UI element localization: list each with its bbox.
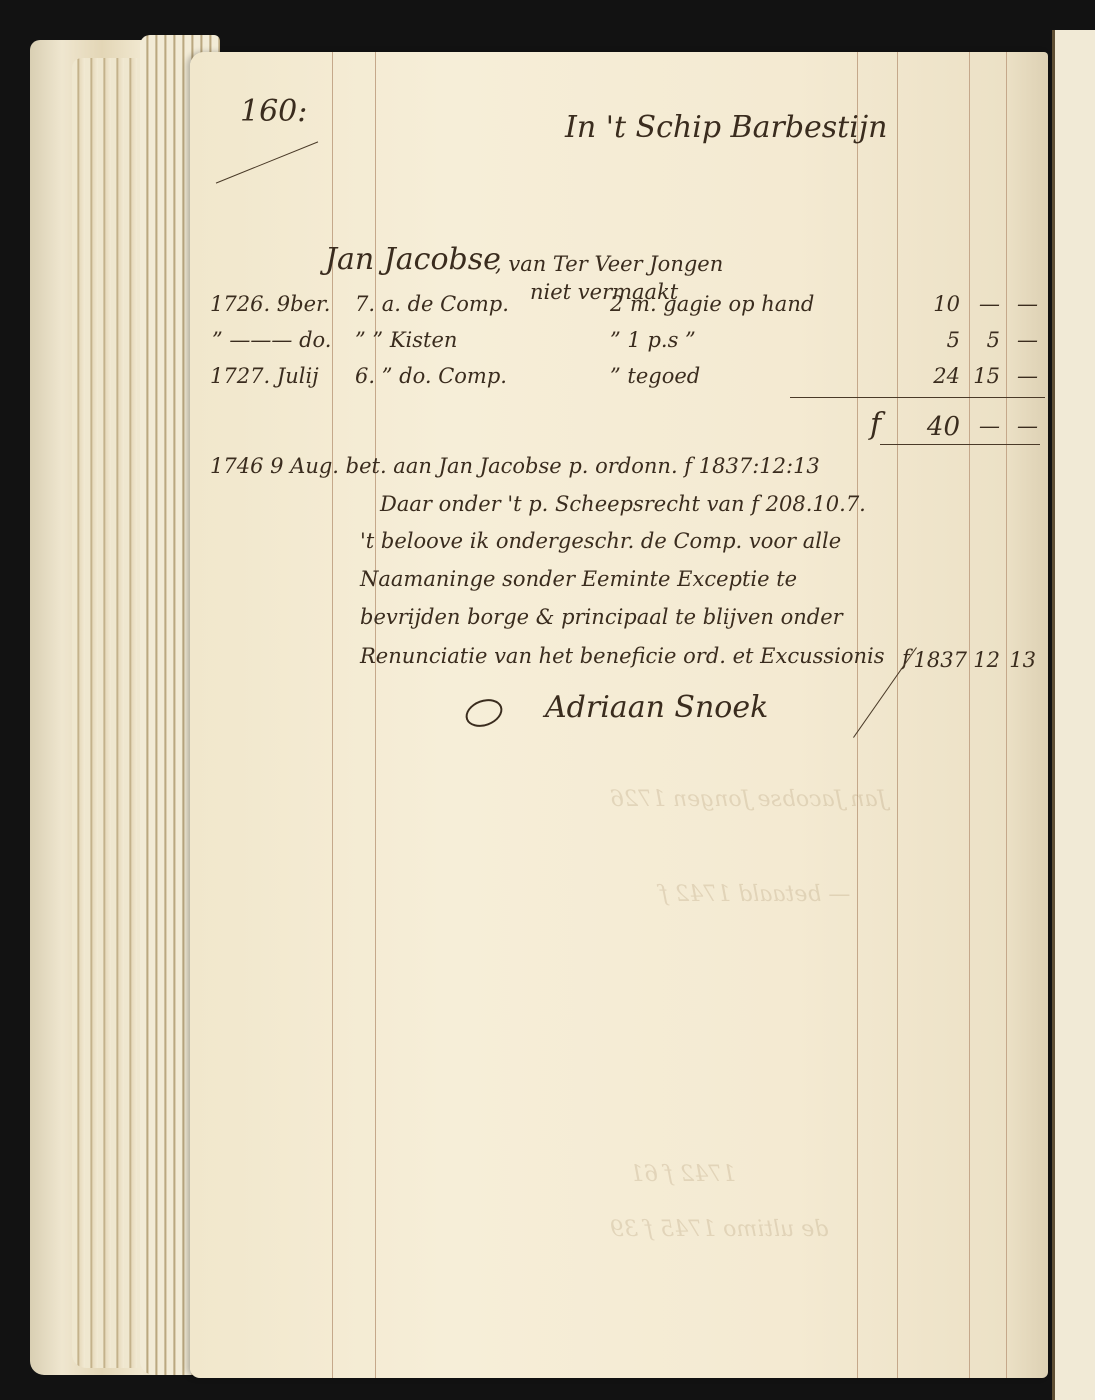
note-line: Daar onder 't p. Scheepsrecht van f 208.… bbox=[380, 492, 866, 516]
entry-day: ” ” Kisten bbox=[355, 328, 457, 352]
entry-penningen: — bbox=[1008, 328, 1038, 352]
column-rule-stuivers bbox=[969, 52, 970, 1378]
margin-stuivers: 12 bbox=[970, 648, 1000, 672]
ledger-page: Jan Jacobse Jongen 1726 — betaald 1742 f… bbox=[190, 52, 1048, 1378]
facing-page-edge bbox=[1052, 30, 1095, 1400]
entry-date: 1727. Julij bbox=[210, 364, 319, 388]
entry-description: 2 m. gagie op hand bbox=[610, 292, 814, 316]
entry-day: 7. a. de Comp. bbox=[355, 292, 509, 316]
folio-underline bbox=[216, 141, 318, 183]
entry-description: ” tegoed bbox=[610, 364, 700, 388]
bleed-through-text: Jan Jacobse Jongen 1726 bbox=[610, 787, 886, 812]
account-name: Jan Jacobse bbox=[325, 242, 501, 277]
column-rule-guilders bbox=[897, 52, 898, 1378]
total-stuivers: — bbox=[970, 414, 1000, 438]
entry-penningen: — bbox=[1008, 364, 1038, 388]
ship-header: In 't Schip Barbestijn bbox=[565, 110, 887, 145]
seal-mark bbox=[462, 694, 507, 731]
entry-guilders: 24 bbox=[900, 364, 960, 388]
entry-date: ” ——— do. bbox=[212, 328, 331, 352]
entry-penningen: — bbox=[1008, 292, 1038, 316]
total-penningen: — bbox=[1008, 414, 1038, 438]
total-underline bbox=[880, 444, 1040, 445]
note-line: bevrijden borge & principaal te blijven … bbox=[360, 605, 843, 629]
entry-day: 6. ” do. Comp. bbox=[355, 364, 507, 388]
entry-guilders: 5 bbox=[900, 328, 960, 352]
entry-date: 1726. 9ber. bbox=[210, 292, 330, 316]
entry-stuivers: — bbox=[970, 292, 1000, 316]
note-line: 1746 9 Aug. bet. aan Jan Jacobse p. ordo… bbox=[210, 454, 820, 478]
bleed-through-text: 1742 f 61 bbox=[630, 1162, 736, 1187]
note-line: Naamaninge sonder Eeminte Exceptie te bbox=[360, 567, 797, 591]
entry-description: ” 1 p.s ” bbox=[610, 328, 696, 352]
note-line: 't beloove ik ondergeschr. de Comp. voor… bbox=[360, 529, 841, 553]
total-rule bbox=[790, 397, 1045, 398]
entry-stuivers: 15 bbox=[970, 364, 1000, 388]
entry-stuivers: 5 bbox=[970, 328, 1000, 352]
signature: Adriaan Snoek bbox=[545, 690, 768, 725]
account-origin: , van Ter Veer Jongen bbox=[495, 252, 723, 276]
column-rule-currency bbox=[857, 52, 858, 1378]
note-line: Renunciatie van het beneficie ord. et Ex… bbox=[360, 644, 885, 668]
entry-guilders: 10 bbox=[900, 292, 960, 316]
total-currency: f bbox=[870, 407, 881, 442]
total-guilders: 40 bbox=[900, 412, 960, 442]
folio-number: 160: bbox=[240, 94, 307, 129]
margin-penningen: 13 bbox=[1006, 648, 1036, 672]
bleed-through-text: — betaald 1742 f bbox=[660, 882, 850, 907]
bleed-through-text: de ultimo 1745 f 39 bbox=[610, 1217, 828, 1242]
column-rule-penningen bbox=[1006, 52, 1007, 1378]
